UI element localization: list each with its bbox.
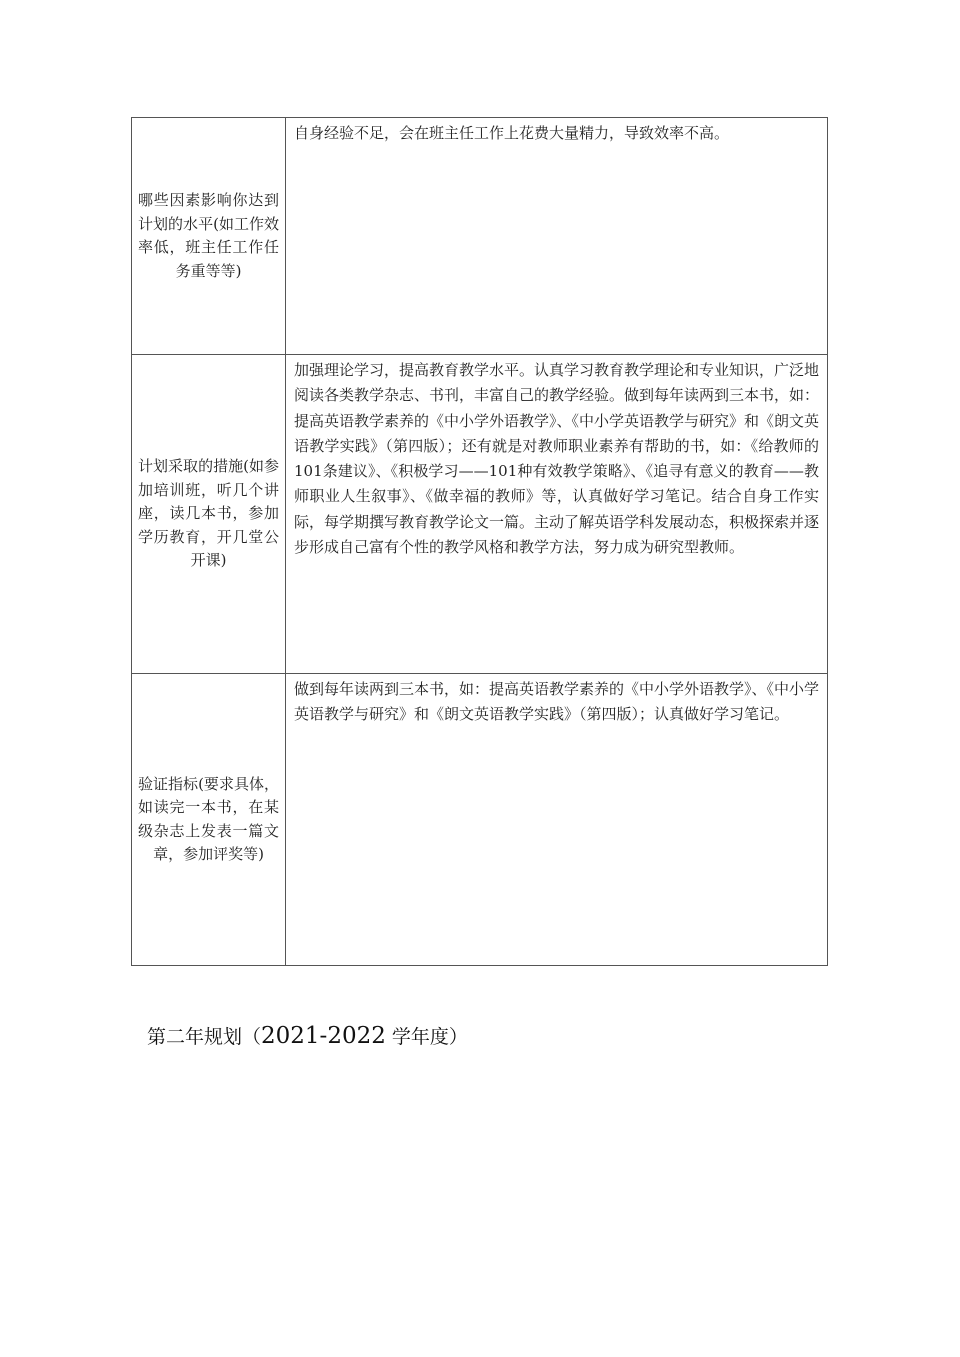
heading-suffix: 学年度）: [386, 1026, 468, 1048]
heading-prefix: 第二年规划（: [147, 1026, 261, 1048]
table-row-indicators: 验证指标(要求具体，如读完一本书，在某级杂志上发表一篇文章，参加评奖等) 做到每…: [132, 674, 828, 966]
table-row-factors: 哪些因素影响你达到计划的水平(如工作效率低，班主任工作任务重等等) 自身经验不足…: [132, 118, 828, 355]
row-content: 做到每年读两到三本书，如：提高英语教学素养的《中小学外语教学》、《中小学英语教学…: [286, 674, 827, 728]
row-content-cell: 加强理论学习，提高教育教学水平。认真学习教育教学理论和专业知识，广泛地阅读各类教…: [286, 355, 828, 674]
row-label: 验证指标(要求具体，如读完一本书，在某级杂志上发表一篇文章，参加评奖等): [132, 773, 285, 867]
table-row-measures: 计划采取的措施(如参加培训班，听几个讲座，读几本书，参加学历教育，开几堂公开课)…: [132, 355, 828, 674]
row-label: 计划采取的措施(如参加培训班，听几个讲座，读几本书，参加学历教育，开几堂公开课): [132, 455, 285, 573]
row-label: 哪些因素影响你达到计划的水平(如工作效率低，班主任工作任务重等等): [132, 189, 285, 283]
row-content: 自身经验不足，会在班主任工作上花费大量精力，导致效率不高。: [286, 118, 827, 146]
row-label-cell: 计划采取的措施(如参加培训班，听几个讲座，读几本书，参加学历教育，开几堂公开课): [132, 355, 286, 674]
section-heading: 第二年规划（2021-2022 学年度）: [147, 1022, 468, 1049]
row-content-cell: 自身经验不足，会在班主任工作上花费大量精力，导致效率不高。: [286, 118, 828, 355]
plan-table: 哪些因素影响你达到计划的水平(如工作效率低，班主任工作任务重等等) 自身经验不足…: [131, 117, 828, 966]
row-label-cell: 哪些因素影响你达到计划的水平(如工作效率低，班主任工作任务重等等): [132, 118, 286, 355]
heading-years: 2021-2022: [261, 1023, 386, 1049]
row-content-cell: 做到每年读两到三本书，如：提高英语教学素养的《中小学外语教学》、《中小学英语教学…: [286, 674, 828, 966]
row-label-cell: 验证指标(要求具体，如读完一本书，在某级杂志上发表一篇文章，参加评奖等): [132, 674, 286, 966]
row-content: 加强理论学习，提高教育教学水平。认真学习教育教学理论和专业知识，广泛地阅读各类教…: [286, 355, 827, 560]
